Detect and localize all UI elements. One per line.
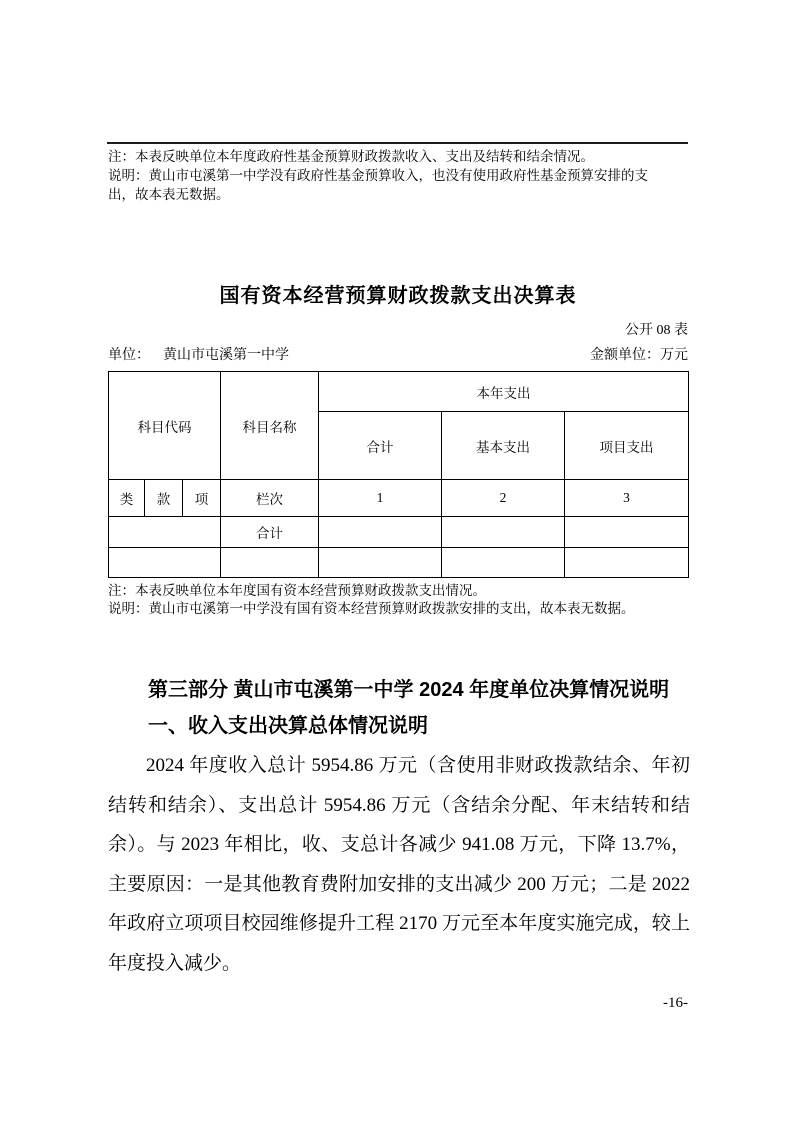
table-code-label: 公开 08 表 — [108, 322, 688, 340]
cell-total-name: 合计 — [221, 517, 319, 548]
page-number: -16- — [663, 994, 688, 1012]
summary-paragraph: 2024 年度收入总计 5954.86 万元（含使用非财政拨款结余、年初结转和结… — [108, 746, 690, 983]
part3-heading: 第三部分 黄山市屯溪第一中学 2024 年度单位决算情况说明 — [108, 676, 690, 704]
cell-col2: 2 — [442, 480, 565, 517]
unit-row: 单位：黄山市屯溪第一中学 金额单位：万元 — [108, 347, 688, 365]
table-header-row-1: 科目代码 科目名称 本年支出 — [109, 372, 689, 412]
cell-empty-basic — [442, 548, 565, 578]
cell-total-basic — [442, 517, 565, 548]
cell-lanci: 栏次 — [221, 480, 319, 517]
header-current-year-expenditure: 本年支出 — [319, 372, 689, 412]
header-total: 合计 — [319, 412, 442, 480]
cell-xiang: 项 — [183, 480, 221, 517]
header-basic-expenditure: 基本支出 — [442, 412, 565, 480]
cell-kuan: 款 — [145, 480, 183, 517]
table-row-total: 合计 — [109, 517, 689, 548]
gov-fund-note: 注：本表反映单位本年度政府性基金预算财政拨款收入、支出及结转和结余情况。 — [108, 147, 658, 166]
cell-empty-code — [109, 548, 221, 578]
cell-lei: 类 — [109, 480, 145, 517]
cell-total-project — [565, 517, 689, 548]
soe-table-explanation: 说明：黄山市屯溪第一中学没有国有资本经营预算财政拨款安排的支出，故本表无数据。 — [108, 600, 688, 618]
cell-total-value — [319, 517, 442, 548]
table-row-empty — [109, 548, 689, 578]
cell-col3: 3 — [565, 480, 689, 517]
header-project-expenditure: 项目支出 — [565, 412, 689, 480]
gov-fund-explanation: 说明：黄山市屯溪第一中学没有政府性基金预算收入，也没有使用政府性基金预算安排的支… — [108, 166, 658, 204]
soe-expenditure-table: 科目代码 科目名称 本年支出 合计 基本支出 项目支出 类 款 项 栏次 1 2… — [108, 371, 689, 578]
soe-table-title: 国有资本经营预算财政拨款支出决算表 — [108, 283, 688, 309]
header-subject-code: 科目代码 — [109, 372, 221, 480]
column-index-row: 类 款 项 栏次 1 2 3 — [109, 480, 689, 517]
cell-empty-project — [565, 548, 689, 578]
cell-total-code — [109, 517, 221, 548]
soe-table-notes: 注：本表反映单位本年度国有资本经营预算财政拨款支出情况。 说明：黄山市屯溪第一中… — [108, 582, 688, 618]
cell-empty-name — [221, 548, 319, 578]
cell-empty-value — [319, 548, 442, 578]
gov-fund-table-notes: 注：本表反映单位本年度政府性基金预算财政拨款收入、支出及结转和结余情况。 说明：… — [108, 147, 658, 204]
document-page: 注：本表反映单位本年度政府性基金预算财政拨款收入、支出及结转和结余情况。 说明：… — [0, 0, 793, 1122]
unit-label: 单位： — [108, 348, 150, 363]
cell-col1: 1 — [319, 480, 442, 517]
amount-unit-label: 金额单位：万元 — [590, 347, 688, 365]
header-subject-name: 科目名称 — [221, 372, 319, 480]
previous-table-bottom-rule — [107, 142, 688, 144]
unit-name: 黄山市屯溪第一中学 — [163, 348, 289, 363]
section1-heading: 一、收入支出决算总体情况说明 — [108, 712, 690, 740]
soe-table-note: 注：本表反映单位本年度国有资本经营预算财政拨款支出情况。 — [108, 582, 688, 600]
unit-field: 单位：黄山市屯溪第一中学 — [108, 347, 289, 365]
